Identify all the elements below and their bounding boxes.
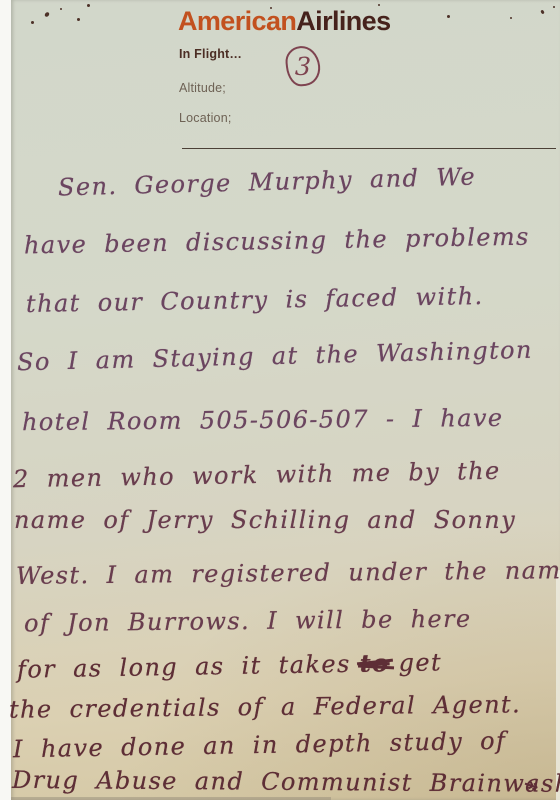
letterhead-rule [182, 148, 556, 149]
paper-speck [447, 15, 450, 18]
brand-word-airlines: Airlines [296, 6, 390, 36]
paper-speck [77, 18, 80, 21]
page-number: 3 [295, 53, 312, 79]
scanned-letter-page: AmericanAirlines In Flight… Altitude; Lo… [0, 0, 560, 800]
american-airlines-logo: AmericanAirlines [178, 6, 391, 37]
handwritten-text: get [398, 648, 442, 677]
brand-word-american: American [178, 6, 296, 36]
paper-speck [510, 17, 512, 19]
handwritten-line: name of Jerry Schilling and Sonny [14, 506, 516, 534]
handwritten-line: West. I am registered under the name [16, 556, 560, 590]
handwritten-text: for as long as it takes [17, 650, 351, 684]
handwritten-line: hotel Room 505-506-507 - I have [22, 404, 504, 436]
in-flight-label: In Flight… [179, 47, 242, 61]
paper-speck [60, 8, 62, 10]
crossed-out-word: to [359, 648, 389, 678]
paper-speck [31, 21, 34, 24]
location-label: Location; [179, 111, 232, 125]
handwritten-line: of Jon Burrows. I will be here [24, 605, 472, 638]
paper-edge-highlight [556, 570, 560, 800]
handwritten-line: Drug Abuse and Communist Brainwashing [12, 766, 560, 798]
paper-speck [553, 6, 555, 8]
handwritten-line: the credentials of a Federal Agent. [9, 690, 521, 723]
paper-speck [87, 4, 90, 7]
altitude-label: Altitude; [179, 81, 226, 95]
